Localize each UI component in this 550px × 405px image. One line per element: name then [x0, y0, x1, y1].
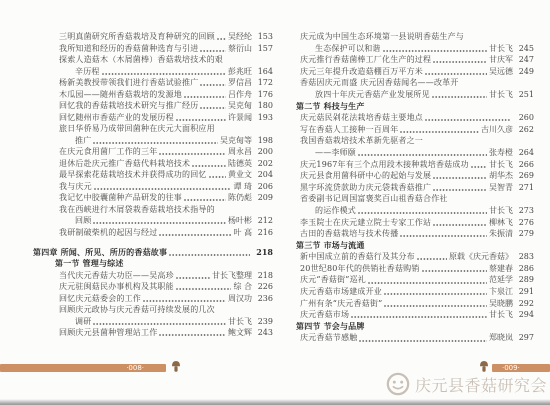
- entry-title: 我在西峡进行木屑袋栽香菇栽培技术指导的: [59, 204, 215, 216]
- entry-page-number: 204: [252, 169, 273, 181]
- toc-entry: 写在香菇人工接种一百周年古川久彦262: [296, 124, 534, 136]
- entry-title: 回顾: [75, 215, 91, 227]
- leader-dots: [209, 169, 226, 181]
- leader-dots: [93, 215, 226, 227]
- leader-dots: [358, 205, 487, 217]
- entry-author: 周汉功: [228, 293, 252, 305]
- toc-entry: 庆元驻闽菇民办事机构及其职能综 合226: [33, 281, 273, 293]
- entry-page-number: 286: [513, 263, 534, 275]
- toc-section-heading: 第四节 节会与品牌: [296, 321, 534, 333]
- entry-author: 古川久彦: [481, 124, 513, 136]
- entry-title: 香菇因庆元而盛 庆元因香菇闻名——改革开: [300, 77, 459, 89]
- page-number-left: ·008·: [126, 364, 144, 372]
- entry-author: 卞泉江: [489, 286, 513, 298]
- entry-page-number: 198: [252, 135, 273, 147]
- toc-entry: 庆元三年提升改造菇棚百万平方米吴远德249: [296, 66, 534, 78]
- leader-dots: [94, 181, 232, 193]
- entry-author: 范延学: [489, 274, 513, 286]
- entry-author: 甘长飞: [489, 205, 513, 217]
- entry-author: 甘长飞整理: [212, 270, 252, 282]
- entry-title: 当代庆元香菇大功臣——吴高珍: [59, 270, 174, 282]
- toc-section-heading: 第一节 管理与综述: [33, 258, 273, 270]
- toc-entry: 生态保护可以和谐甘长飞245: [296, 43, 534, 55]
- entry-page-number: 260: [513, 112, 534, 124]
- entry-page-number: 216: [252, 227, 273, 239]
- entry-author: 陆德英: [228, 158, 252, 170]
- toc-entry: 旅日华侨易乃成带回菌种在庆元大面积应用: [33, 123, 273, 135]
- entry-author: 郑晓岚: [489, 332, 513, 344]
- leader-dots: [425, 112, 511, 124]
- entry-author: 甘长飞: [489, 43, 513, 55]
- watermark-text: 庆元县香菇研究会: [415, 373, 547, 396]
- photo-bottom-edge: [0, 399, 550, 405]
- toc-entry: 的运作模式甘长飞273: [296, 205, 534, 217]
- leader-dots: [351, 309, 487, 321]
- leader-dots: [184, 192, 226, 204]
- entry-title: 第二节 科技与生产: [296, 101, 365, 113]
- toc-entry: 调研甘长飞239: [33, 316, 273, 328]
- entry-author: 杨叶彬: [228, 215, 252, 227]
- entry-title: 回顾庆元政协与庆元香菇可持续发展的几次: [59, 304, 215, 316]
- entry-author: 吴克甸等: [220, 135, 252, 147]
- entry-author: 吴晓鹏: [489, 298, 513, 310]
- entry-title: 回顾庆元县菌种管理站工作: [59, 327, 157, 339]
- leader-dots: [143, 293, 226, 305]
- entry-title: 调研: [75, 316, 91, 328]
- toc-entry: 最早探索花菇栽培技术并获得成功的回忆黄业文204: [33, 169, 273, 181]
- toc-entry: 庆元成为中国生态环境第一县说明香菇生产与: [296, 31, 534, 43]
- entry-title: 庆元“香菇街”巡礼: [300, 274, 366, 286]
- entry-author: 原载《庆元香菇》: [449, 251, 513, 263]
- entry-author: 陈仍彪: [228, 192, 252, 204]
- entry-title: 广州有条“庆元香菇街”: [300, 298, 382, 310]
- toc-entry: 庆元县食用菌科研中心的起始与发展胡华杰269: [296, 170, 534, 182]
- toc-page-right: 庆元成为中国生态环境第一县说明香菇生产与生态保护可以和谐甘长飞245庆元推行香菇…: [296, 31, 534, 344]
- toc-entry: 新中国成立前的香菇行及其分布原载《庆元香菇》283: [296, 251, 534, 263]
- leader-dots: [176, 270, 210, 282]
- leader-dots: [359, 332, 487, 344]
- entry-title: 庆元推行香菇菌棒工厂化生产的过程: [300, 54, 431, 66]
- entry-page-number: 218: [252, 270, 273, 282]
- entry-title: 旅日华侨易乃成带回菌种在庆元大面积应用: [59, 123, 215, 135]
- leader-dots: [217, 31, 226, 43]
- entry-page-number: 193: [252, 112, 273, 124]
- entry-title: 杨新美教授带领我们进行香菇试验推广: [59, 77, 198, 89]
- entry-title: 第四节 节会与品牌: [296, 321, 365, 333]
- leader-dots: [169, 247, 250, 259]
- leader-dots: [200, 77, 226, 89]
- entry-author: 吴经纶: [228, 31, 252, 43]
- entry-page-number: 271: [513, 182, 534, 194]
- entry-title: 推广: [75, 135, 91, 147]
- toc-entry: 回忆我的香菇栽培技术研究与推广经历吴克甸180: [33, 100, 273, 112]
- leader-dots: [176, 112, 226, 124]
- leader-dots: [358, 147, 487, 159]
- entry-page-number: 202: [252, 158, 273, 170]
- entry-title: 庆元香菇市场: [300, 309, 349, 321]
- toc-page-left: 三明真菌研究所香菇栽培及育种研究的回顾吴经纶153我所知道和经历的香菇菌种选育与…: [33, 31, 273, 339]
- entry-title: 木瓜园——随州香菇栽培的发源地: [59, 89, 182, 101]
- leader-dots: [471, 159, 487, 171]
- leader-dots: [159, 227, 231, 239]
- entry-title: 庆元香菇市场建成开业: [300, 286, 382, 298]
- toc-entry: 我在西峡进行木屑袋栽香菇栽培技术指导的: [33, 204, 273, 216]
- entry-author: 吕作舟: [228, 89, 252, 101]
- entry-page-number: 212: [252, 215, 273, 227]
- entry-title: 放四十年庆元香菇产业发展所见: [315, 89, 430, 101]
- entry-title: 最早探索花菇栽培技术并获得成功的回忆: [59, 169, 207, 181]
- entry-page-number: 245: [513, 43, 534, 55]
- entry-title: 我与庆元: [59, 181, 92, 193]
- entry-page-number: 226: [252, 281, 273, 293]
- entry-title: 庆元1967年有三个点用段木接种栽培香菇成功: [300, 159, 469, 171]
- toc-entry: 在庆元食用菌厂工作的三年周永昌200: [33, 146, 273, 158]
- entry-title: 庆元成为中国生态环境第一县说明香菇生产与: [300, 31, 464, 43]
- toc-entry: 20世纪80年代的供销社香菇购销蔡建春286: [296, 263, 534, 275]
- toc-entry: 我记忆中胶囊菌种产品研发的往事陈仍彪209: [33, 192, 273, 204]
- toc-entry: ——李师颐张寿橙264: [296, 147, 534, 159]
- entry-author: 朱振清: [489, 228, 513, 240]
- leader-dots: [425, 66, 487, 78]
- leader-dots: [400, 124, 479, 136]
- entry-author: 黄业文: [228, 169, 252, 181]
- entry-title: 第四章 所闻、所见、所历的香菇故事: [33, 247, 167, 259]
- leader-dots: [433, 182, 487, 194]
- entry-title: 退休后赴庆元推广香菇代料栽培技术: [59, 158, 190, 170]
- leader-dots: [400, 228, 487, 240]
- toc-entry: 庆元香菇市场甘长飞294: [296, 309, 534, 321]
- entry-page-number: 292: [513, 298, 534, 310]
- entry-title: 辛历程: [75, 66, 100, 78]
- entry-page-number: 180: [252, 100, 273, 112]
- entry-title: 庆元三年提升改造菇棚百万平方米: [300, 66, 423, 78]
- entry-page-number: 264: [513, 147, 534, 159]
- entry-page-number: 200: [252, 146, 273, 158]
- entry-title: 古田的香菇栽培与技术传播: [300, 228, 398, 240]
- leader-dots: [433, 54, 487, 66]
- toc-entry: 古田的香菇栽培与技术传播朱振清279: [296, 228, 534, 240]
- leader-dots: [417, 251, 447, 263]
- toc-entry: 庆元香菇节感触郑晓岚297: [296, 332, 534, 344]
- entry-page-number: 243: [252, 327, 273, 339]
- entry-page-number: 236: [252, 293, 273, 305]
- entry-page-number: 297: [513, 332, 534, 344]
- entry-title: 省委副书记周国富褒奖百山祖香菇合作社: [300, 193, 448, 205]
- toc-entry: 辛历程彭兆旺164: [33, 66, 273, 78]
- entry-page-number: 294: [513, 309, 534, 321]
- entry-author: 吴克甸: [228, 100, 252, 112]
- entry-title: ——李师颐: [315, 147, 356, 159]
- toc-entry: 庆元推行香菇菌棒工厂化生产的过程甘庆军247: [296, 54, 534, 66]
- entry-author: 吴智青: [489, 182, 513, 194]
- toc-entry: 当代庆元香菇大功臣——吴高珍甘长飞整理218: [33, 270, 273, 282]
- toc-entry: 退休后赴庆元推广香菇代料栽培技术陆德英202: [33, 158, 273, 170]
- entry-title: 庆元香菇节感触: [300, 332, 357, 344]
- entry-page-number: 269: [513, 170, 534, 182]
- toc-entry: 杨新美教授带领我们进行香菇试验推广罗信昌172: [33, 77, 273, 89]
- entry-author: 蔡衍山: [228, 43, 252, 55]
- toc-entry: 回顾庆元县菌种管理站工作鲍文辉243: [33, 327, 273, 339]
- leader-dots: [176, 281, 232, 293]
- entry-author: 综 合: [233, 281, 252, 293]
- entry-page-number: 249: [513, 66, 534, 78]
- toc-entry: 庆元“香菇街”巡礼范延学289: [296, 274, 534, 286]
- page-number-bar-right: ·009·: [492, 364, 550, 372]
- entry-author: 蔡建春: [489, 263, 513, 275]
- toc-entry: 放四十年庆元香菇产业发展所见甘长飞251: [296, 89, 534, 101]
- toc-entry: 黑字环流贷款助力庆元袋栽香菇推广吴智青271: [296, 182, 534, 194]
- toc-chapter-heading: 第四章 所闻、所见、所历的香菇故事218: [33, 247, 273, 259]
- entry-author: 甘长飞: [228, 316, 252, 328]
- entry-page-number: 176: [252, 89, 273, 101]
- entry-author: 甘庆军: [489, 54, 513, 66]
- leader-dots: [200, 43, 226, 55]
- entry-title: 第三节 市场与流通: [296, 240, 365, 252]
- entry-author: 谭 琦: [233, 181, 252, 193]
- toc-entry: 我所知道和经历的香菇菌种选育与引进蔡衍山157: [33, 43, 273, 55]
- entry-author: 吴远德: [489, 66, 513, 78]
- toc-entry: 我国香菇栽培技术革新先驱者之一: [296, 135, 534, 147]
- leader-dots: [192, 158, 226, 170]
- entry-page-number: 247: [513, 54, 534, 66]
- leader-dots: [184, 89, 226, 101]
- leader-dots: [432, 89, 487, 101]
- entry-author: 胡华杰: [489, 170, 513, 182]
- entry-title: 黑字环流贷款助力庆元袋栽香菇推广: [300, 182, 431, 194]
- leader-dots: [383, 43, 487, 55]
- entry-title: 李玉院士在庆元建立院士专家工作站: [300, 217, 431, 229]
- toc-entry: 回顾庆元政协与庆元香菇可持续发展的几次: [33, 304, 273, 316]
- entry-title: 20世纪80年代的供销社香菇购销: [300, 263, 420, 275]
- entry-author: 甘长飞: [489, 159, 513, 171]
- toc-entry: 香菇因庆元而盛 庆元因香菇闻名——改革开: [296, 77, 534, 89]
- entry-page-number: 164: [252, 66, 273, 78]
- leader-dots: [200, 100, 226, 112]
- leader-dots: [368, 274, 487, 286]
- toc-entry: 庆元香菇市场建成开业卞泉江291: [296, 286, 534, 298]
- leader-dots: [433, 217, 487, 229]
- entry-author: 甘长飞: [489, 89, 513, 101]
- toc-entry: 回忆随州市香菇产业的发展历程许景闻193: [33, 112, 273, 124]
- entry-title: 新中国成立前的香菇行及其分布: [300, 251, 415, 263]
- entry-title: 的运作模式: [315, 205, 356, 217]
- entry-page-number: 291: [513, 286, 534, 298]
- entry-page-number: 239: [252, 316, 273, 328]
- entry-title: 我国香菇栽培技术革新先驱者之一: [300, 135, 423, 147]
- entry-title: 第一节 管理与综述: [55, 258, 124, 270]
- entry-title: 庆元县食用菌科研中心的起始与发展: [300, 170, 431, 182]
- entry-title: 我所知道和经历的香菇菌种选育与引进: [59, 43, 198, 55]
- page-number-bar-left: ·008·: [0, 364, 166, 372]
- entry-title: 写在香菇人工接种一百周年: [300, 124, 398, 136]
- entry-author: 罗信昌: [228, 77, 252, 89]
- entry-page-number: 251: [513, 89, 534, 101]
- entry-page-number: 266: [513, 159, 534, 171]
- research-association-logo-icon: [386, 372, 410, 396]
- watermark: 庆元县香菇研究会: [386, 372, 547, 396]
- mushroom-icon: [171, 360, 181, 373]
- entry-page-number: 273: [513, 205, 534, 217]
- entry-page-number: 289: [513, 274, 534, 286]
- entry-page-number: 276: [513, 217, 534, 229]
- entry-title: 回忆我的香菇栽培技术研究与推广经历: [59, 100, 198, 112]
- leader-dots: [384, 298, 487, 310]
- entry-page-number: 209: [252, 192, 273, 204]
- leader-dots: [433, 170, 487, 182]
- book-spread: 三明真菌研究所香菇栽培及育种研究的回顾吴经纶153我所知道和经历的香菇菌种选育与…: [0, 0, 550, 405]
- toc-entry: 庆元菇民剁花法栽培香菇主要地点260: [296, 112, 534, 124]
- toc-section-heading: 第二节 科技与生产: [296, 101, 534, 113]
- toc-section-heading: 第三节 市场与流通: [296, 240, 534, 252]
- leader-dots: [93, 135, 218, 147]
- entry-title: 回忆庆元菇委会的工作: [59, 293, 141, 305]
- toc-entry: 探索人造菇木（木屑菌棒）香菇栽培技术的艰: [33, 54, 273, 66]
- leader-dots: [93, 316, 226, 328]
- entry-page-number: 218: [252, 247, 273, 259]
- entry-title: 庆元菇民剁花法栽培香菇主要地点: [300, 112, 423, 124]
- entry-page-number: 172: [252, 77, 273, 89]
- page-number-right: ·009·: [502, 364, 520, 372]
- entry-author: 周永昌: [228, 146, 252, 158]
- entry-page-number: 279: [513, 228, 534, 240]
- entry-page-number: 157: [252, 43, 273, 55]
- entry-title: 探索人造菇木（木屑菌棒）香菇栽培技术的艰: [59, 54, 223, 66]
- toc-entry: 广州有条“庆元香菇街”吴晓鹏292: [296, 298, 534, 310]
- entry-author: 张寿橙: [489, 147, 513, 159]
- toc-entry: 庆元1967年有三个点用段木接种栽培香菇成功甘长飞266: [296, 159, 534, 171]
- entry-title: 生态保护可以和谐: [315, 43, 381, 55]
- leader-dots: [422, 263, 487, 275]
- entry-author: 许景闻: [228, 112, 252, 124]
- entry-title: 三明真菌研究所香菇栽培及育种研究的回顾: [59, 31, 215, 43]
- entry-title: 我记忆中胶囊菌种产品研发的往事: [59, 192, 182, 204]
- toc-entry: 推广吴克甸等198: [33, 135, 273, 147]
- entry-author: 彭兆旺: [228, 66, 252, 78]
- leader-dots: [102, 66, 226, 78]
- entry-author: 柳林飞: [489, 217, 513, 229]
- entry-author: 鲍文辉: [228, 327, 252, 339]
- toc-entry: 木瓜园——随州香菇栽培的发源地吕作舟176: [33, 89, 273, 101]
- entry-page-number: 283: [513, 251, 534, 263]
- toc-entry: 省委副书记周国富褒奖百山祖香菇合作社: [296, 193, 534, 205]
- entry-title: 我研制破柴机的起因与经过: [59, 227, 157, 239]
- entry-title: 在庆元食用菌厂工作的三年: [59, 146, 157, 158]
- entry-author: 叶 高: [233, 227, 252, 239]
- entry-author: 甘长飞: [489, 309, 513, 321]
- entry-page-number: 153: [252, 31, 273, 43]
- toc-entry: 我与庆元谭 琦206: [33, 181, 273, 193]
- toc-entry: 三明真菌研究所香菇栽培及育种研究的回顾吴经纶153: [33, 31, 273, 43]
- entry-page-number: 206: [252, 181, 273, 193]
- toc-entry: 我研制破柴机的起因与经过叶 高216: [33, 227, 273, 239]
- toc-entry: 回顾杨叶彬212: [33, 215, 273, 227]
- entry-title: 回忆随州市香菇产业的发展历程: [59, 112, 174, 124]
- leader-dots: [159, 327, 226, 339]
- leader-dots: [159, 146, 226, 158]
- leader-dots: [384, 286, 487, 298]
- toc-entry: 回忆庆元菇委会的工作周汉功236: [33, 293, 273, 305]
- entry-page-number: 262: [513, 124, 534, 136]
- toc-entry: 李玉院士在庆元建立院士专家工作站柳林飞276: [296, 217, 534, 229]
- entry-title: 庆元驻闽菇民办事机构及其职能: [59, 281, 174, 293]
